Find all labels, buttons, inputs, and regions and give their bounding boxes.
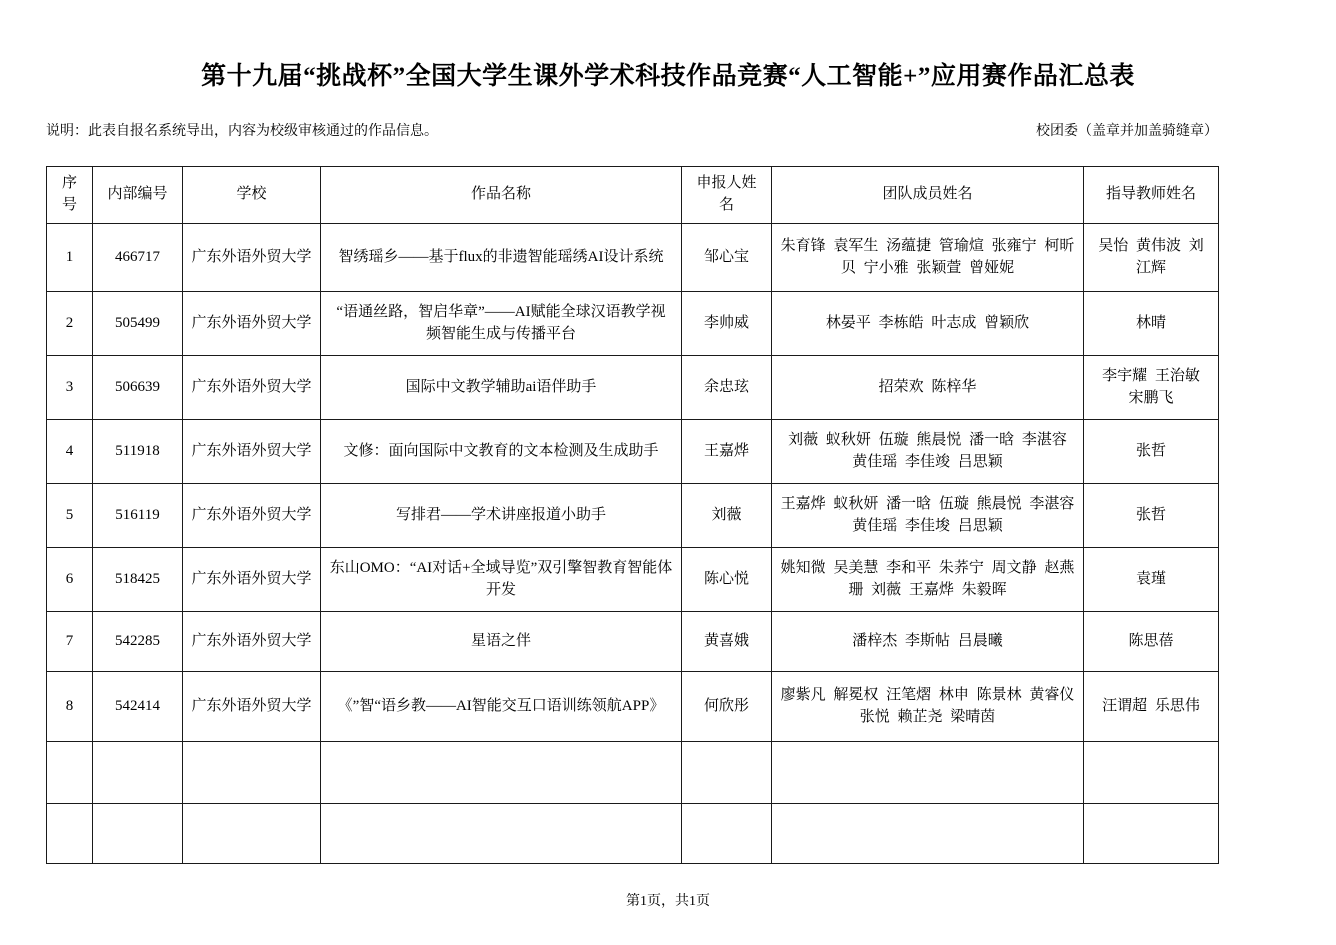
- cell-applicant: 王嘉烨: [682, 420, 772, 484]
- cell-teachers: 汪谓超 乐思伟: [1084, 672, 1219, 742]
- cell-applicant: 邹心宝: [682, 224, 772, 292]
- works-table: 序号 内部编号 学校 作品名称 申报人姓名 团队成员姓名 指导教师姓名 1466…: [46, 166, 1219, 864]
- header-applicant: 申报人姓名: [682, 167, 772, 224]
- cell-teachers: [1084, 804, 1219, 864]
- cell-school: 广东外语外贸大学: [183, 612, 321, 672]
- cell-teachers: 陈思蓓: [1084, 612, 1219, 672]
- page-title: 第十九届“挑战杯”全国大学生课外学术科技作品竞赛“人工智能+”应用赛作品汇总表: [0, 56, 1336, 92]
- table-row: 4511918广东外语外贸大学文修：面向国际中文教育的文本检测及生成助手王嘉烨刘…: [47, 420, 1219, 484]
- cell-work: 写排君——学术讲座报道小助手: [321, 484, 682, 548]
- cell-no: 8: [47, 672, 93, 742]
- page-footer: 第1页，共1页: [0, 890, 1336, 910]
- cell-team: 王嘉烨 蚁秋妍 潘一晗 伍璇 熊晨悦 李湛容 黄佳瑶 李佳埈 吕思颖: [772, 484, 1084, 548]
- cell-team: 姚知微 吴美慧 李和平 朱荞宁 周文静 赵燕珊 刘薇 王嘉烨 朱毅晖: [772, 548, 1084, 612]
- table-row: 1466717广东外语外贸大学智绣瑶乡——基于flux的非遗智能瑶绣AI设计系统…: [47, 224, 1219, 292]
- cell-id: 506639: [93, 356, 183, 420]
- cell-team: [772, 742, 1084, 804]
- cell-no: 1: [47, 224, 93, 292]
- table-row: [47, 742, 1219, 804]
- cell-applicant: 黄喜娥: [682, 612, 772, 672]
- cell-work: [321, 742, 682, 804]
- table-row: [47, 804, 1219, 864]
- cell-school: 广东外语外贸大学: [183, 484, 321, 548]
- cell-no: 4: [47, 420, 93, 484]
- cell-teachers: [1084, 742, 1219, 804]
- cell-work: 智绣瑶乡——基于flux的非遗智能瑶绣AI设计系统: [321, 224, 682, 292]
- cell-school: [183, 804, 321, 864]
- cell-id: 516119: [93, 484, 183, 548]
- cell-team: 潘梓杰 李斯帖 吕晨曦: [772, 612, 1084, 672]
- cell-no: 6: [47, 548, 93, 612]
- cell-applicant: 何欣彤: [682, 672, 772, 742]
- cell-no: [47, 742, 93, 804]
- cell-id: 505499: [93, 292, 183, 356]
- cell-team: 廖紫凡 解冕权 汪笔熠 林申 陈景林 黄睿仪 张悦 赖芷尧 梁晴茵: [772, 672, 1084, 742]
- cell-work: 东山OMO：“AI对话+全域导览”双引擎智教育智能体开发: [321, 548, 682, 612]
- header-school: 学校: [183, 167, 321, 224]
- cell-teachers: 李宇耀 王治敏 宋鹏飞: [1084, 356, 1219, 420]
- cell-team: 招荣欢 陈梓华: [772, 356, 1084, 420]
- cell-school: 广东外语外贸大学: [183, 672, 321, 742]
- cell-no: [47, 804, 93, 864]
- cell-school: 广东外语外贸大学: [183, 420, 321, 484]
- header-id: 内部编号: [93, 167, 183, 224]
- cell-team: [772, 804, 1084, 864]
- cell-teachers: 张哲: [1084, 484, 1219, 548]
- cell-id: 542414: [93, 672, 183, 742]
- header-no: 序号: [47, 167, 93, 224]
- cell-school: 广东外语外贸大学: [183, 356, 321, 420]
- cell-no: 5: [47, 484, 93, 548]
- cell-teachers: 吴怡 黄伟波 刘江辉: [1084, 224, 1219, 292]
- cell-applicant: [682, 742, 772, 804]
- cell-work: 国际中文教学辅助ai语伴助手: [321, 356, 682, 420]
- table-row: 8542414广东外语外贸大学《”智“语乡教——AI智能交互口语训练领航APP》…: [47, 672, 1219, 742]
- table-row: 6518425广东外语外贸大学东山OMO：“AI对话+全域导览”双引擎智教育智能…: [47, 548, 1219, 612]
- cell-no: 3: [47, 356, 93, 420]
- cell-work: [321, 804, 682, 864]
- note-right: 校团委（盖章并加盖骑缝章）: [1036, 120, 1218, 140]
- cell-applicant: [682, 804, 772, 864]
- note-row: 说明：此表自报名系统导出，内容为校级审核通过的作品信息。 校团委（盖章并加盖骑缝…: [46, 120, 1218, 140]
- document-page: 第十九届“挑战杯”全国大学生课外学术科技作品竞赛“人工智能+”应用赛作品汇总表 …: [0, 0, 1336, 945]
- cell-teachers: 袁瑾: [1084, 548, 1219, 612]
- header-teachers: 指导教师姓名: [1084, 167, 1219, 224]
- cell-school: 广东外语外贸大学: [183, 224, 321, 292]
- cell-work: “语通丝路，智启华章”——AI赋能全球汉语教学视频智能生成与传播平台: [321, 292, 682, 356]
- table-row: 2505499广东外语外贸大学“语通丝路，智启华章”——AI赋能全球汉语教学视频…: [47, 292, 1219, 356]
- table-row: 5516119广东外语外贸大学写排君——学术讲座报道小助手刘薇王嘉烨 蚁秋妍 潘…: [47, 484, 1219, 548]
- cell-team: 刘薇 蚁秋妍 伍璇 熊晨悦 潘一晗 李湛容 黄佳瑶 李佳竣 吕思颖: [772, 420, 1084, 484]
- cell-work: 文修：面向国际中文教育的文本检测及生成助手: [321, 420, 682, 484]
- cell-applicant: 余忠玹: [682, 356, 772, 420]
- cell-applicant: 陈心悦: [682, 548, 772, 612]
- note-left: 说明：此表自报名系统导出，内容为校级审核通过的作品信息。: [46, 120, 438, 140]
- cell-applicant: 刘薇: [682, 484, 772, 548]
- cell-work: 《”智“语乡教——AI智能交互口语训练领航APP》: [321, 672, 682, 742]
- cell-team: 林晏平 李栋皓 叶志成 曾颖欣: [772, 292, 1084, 356]
- cell-teachers: 张哲: [1084, 420, 1219, 484]
- cell-applicant: 李帅威: [682, 292, 772, 356]
- cell-id: 466717: [93, 224, 183, 292]
- cell-school: [183, 742, 321, 804]
- cell-id: 542285: [93, 612, 183, 672]
- cell-work: 星语之伴: [321, 612, 682, 672]
- table-header-row: 序号 内部编号 学校 作品名称 申报人姓名 团队成员姓名 指导教师姓名: [47, 167, 1219, 224]
- cell-id: 518425: [93, 548, 183, 612]
- cell-no: 2: [47, 292, 93, 356]
- cell-id: 511918: [93, 420, 183, 484]
- table-row: 3506639广东外语外贸大学国际中文教学辅助ai语伴助手余忠玹招荣欢 陈梓华李…: [47, 356, 1219, 420]
- header-work: 作品名称: [321, 167, 682, 224]
- cell-id: [93, 804, 183, 864]
- cell-school: 广东外语外贸大学: [183, 292, 321, 356]
- cell-team: 朱育锋 袁军生 汤蕴捷 管瑜煊 张雍宁 柯昕贝 宁小雅 张颖萱 曾娅妮: [772, 224, 1084, 292]
- table-row: 7542285广东外语外贸大学星语之伴黄喜娥潘梓杰 李斯帖 吕晨曦陈思蓓: [47, 612, 1219, 672]
- cell-id: [93, 742, 183, 804]
- cell-school: 广东外语外贸大学: [183, 548, 321, 612]
- cell-teachers: 林晴: [1084, 292, 1219, 356]
- cell-no: 7: [47, 612, 93, 672]
- header-team: 团队成员姓名: [772, 167, 1084, 224]
